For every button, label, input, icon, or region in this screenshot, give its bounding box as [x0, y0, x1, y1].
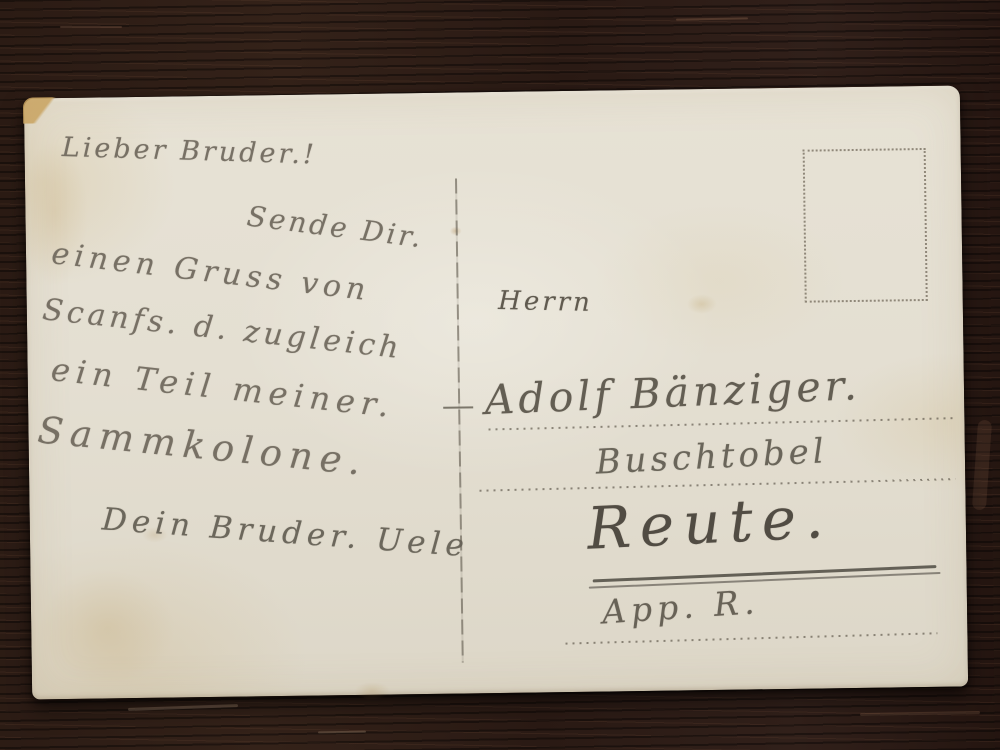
address-name: Adolf Bänziger.: [484, 361, 862, 424]
address-street: Buschtobel: [595, 431, 829, 482]
message-line: Sammkolone.: [36, 408, 370, 484]
wood-scratch: [972, 420, 992, 511]
wood-scratch: [676, 17, 748, 20]
wood-scratch: [318, 731, 366, 734]
message-line: Sende Dir.: [245, 199, 426, 254]
message-signature: Dein Bruder. Uele: [101, 501, 470, 564]
paper-stain: [687, 294, 717, 314]
address-town: Reute.: [585, 483, 833, 563]
corner-damage: [23, 97, 67, 124]
message-line-salutation: Lieber Bruder.!: [61, 132, 317, 171]
wood-scratch: [60, 26, 122, 28]
address-dotted-line: [566, 632, 938, 644]
wood-scratch: [128, 704, 238, 711]
address-salutation: Herrn: [498, 286, 593, 318]
divider-line: [455, 179, 464, 663]
stamp-box: [803, 148, 928, 303]
address-region: App. R.: [601, 582, 761, 631]
postcard: Lieber Bruder.! Sende Dir. einen Gruss v…: [24, 85, 968, 699]
divider-cross-mark: [443, 406, 473, 408]
paper-stain: [36, 566, 178, 688]
photo-scene: Lieber Bruder.! Sende Dir. einen Gruss v…: [0, 0, 1000, 750]
wood-scratch: [860, 711, 980, 716]
